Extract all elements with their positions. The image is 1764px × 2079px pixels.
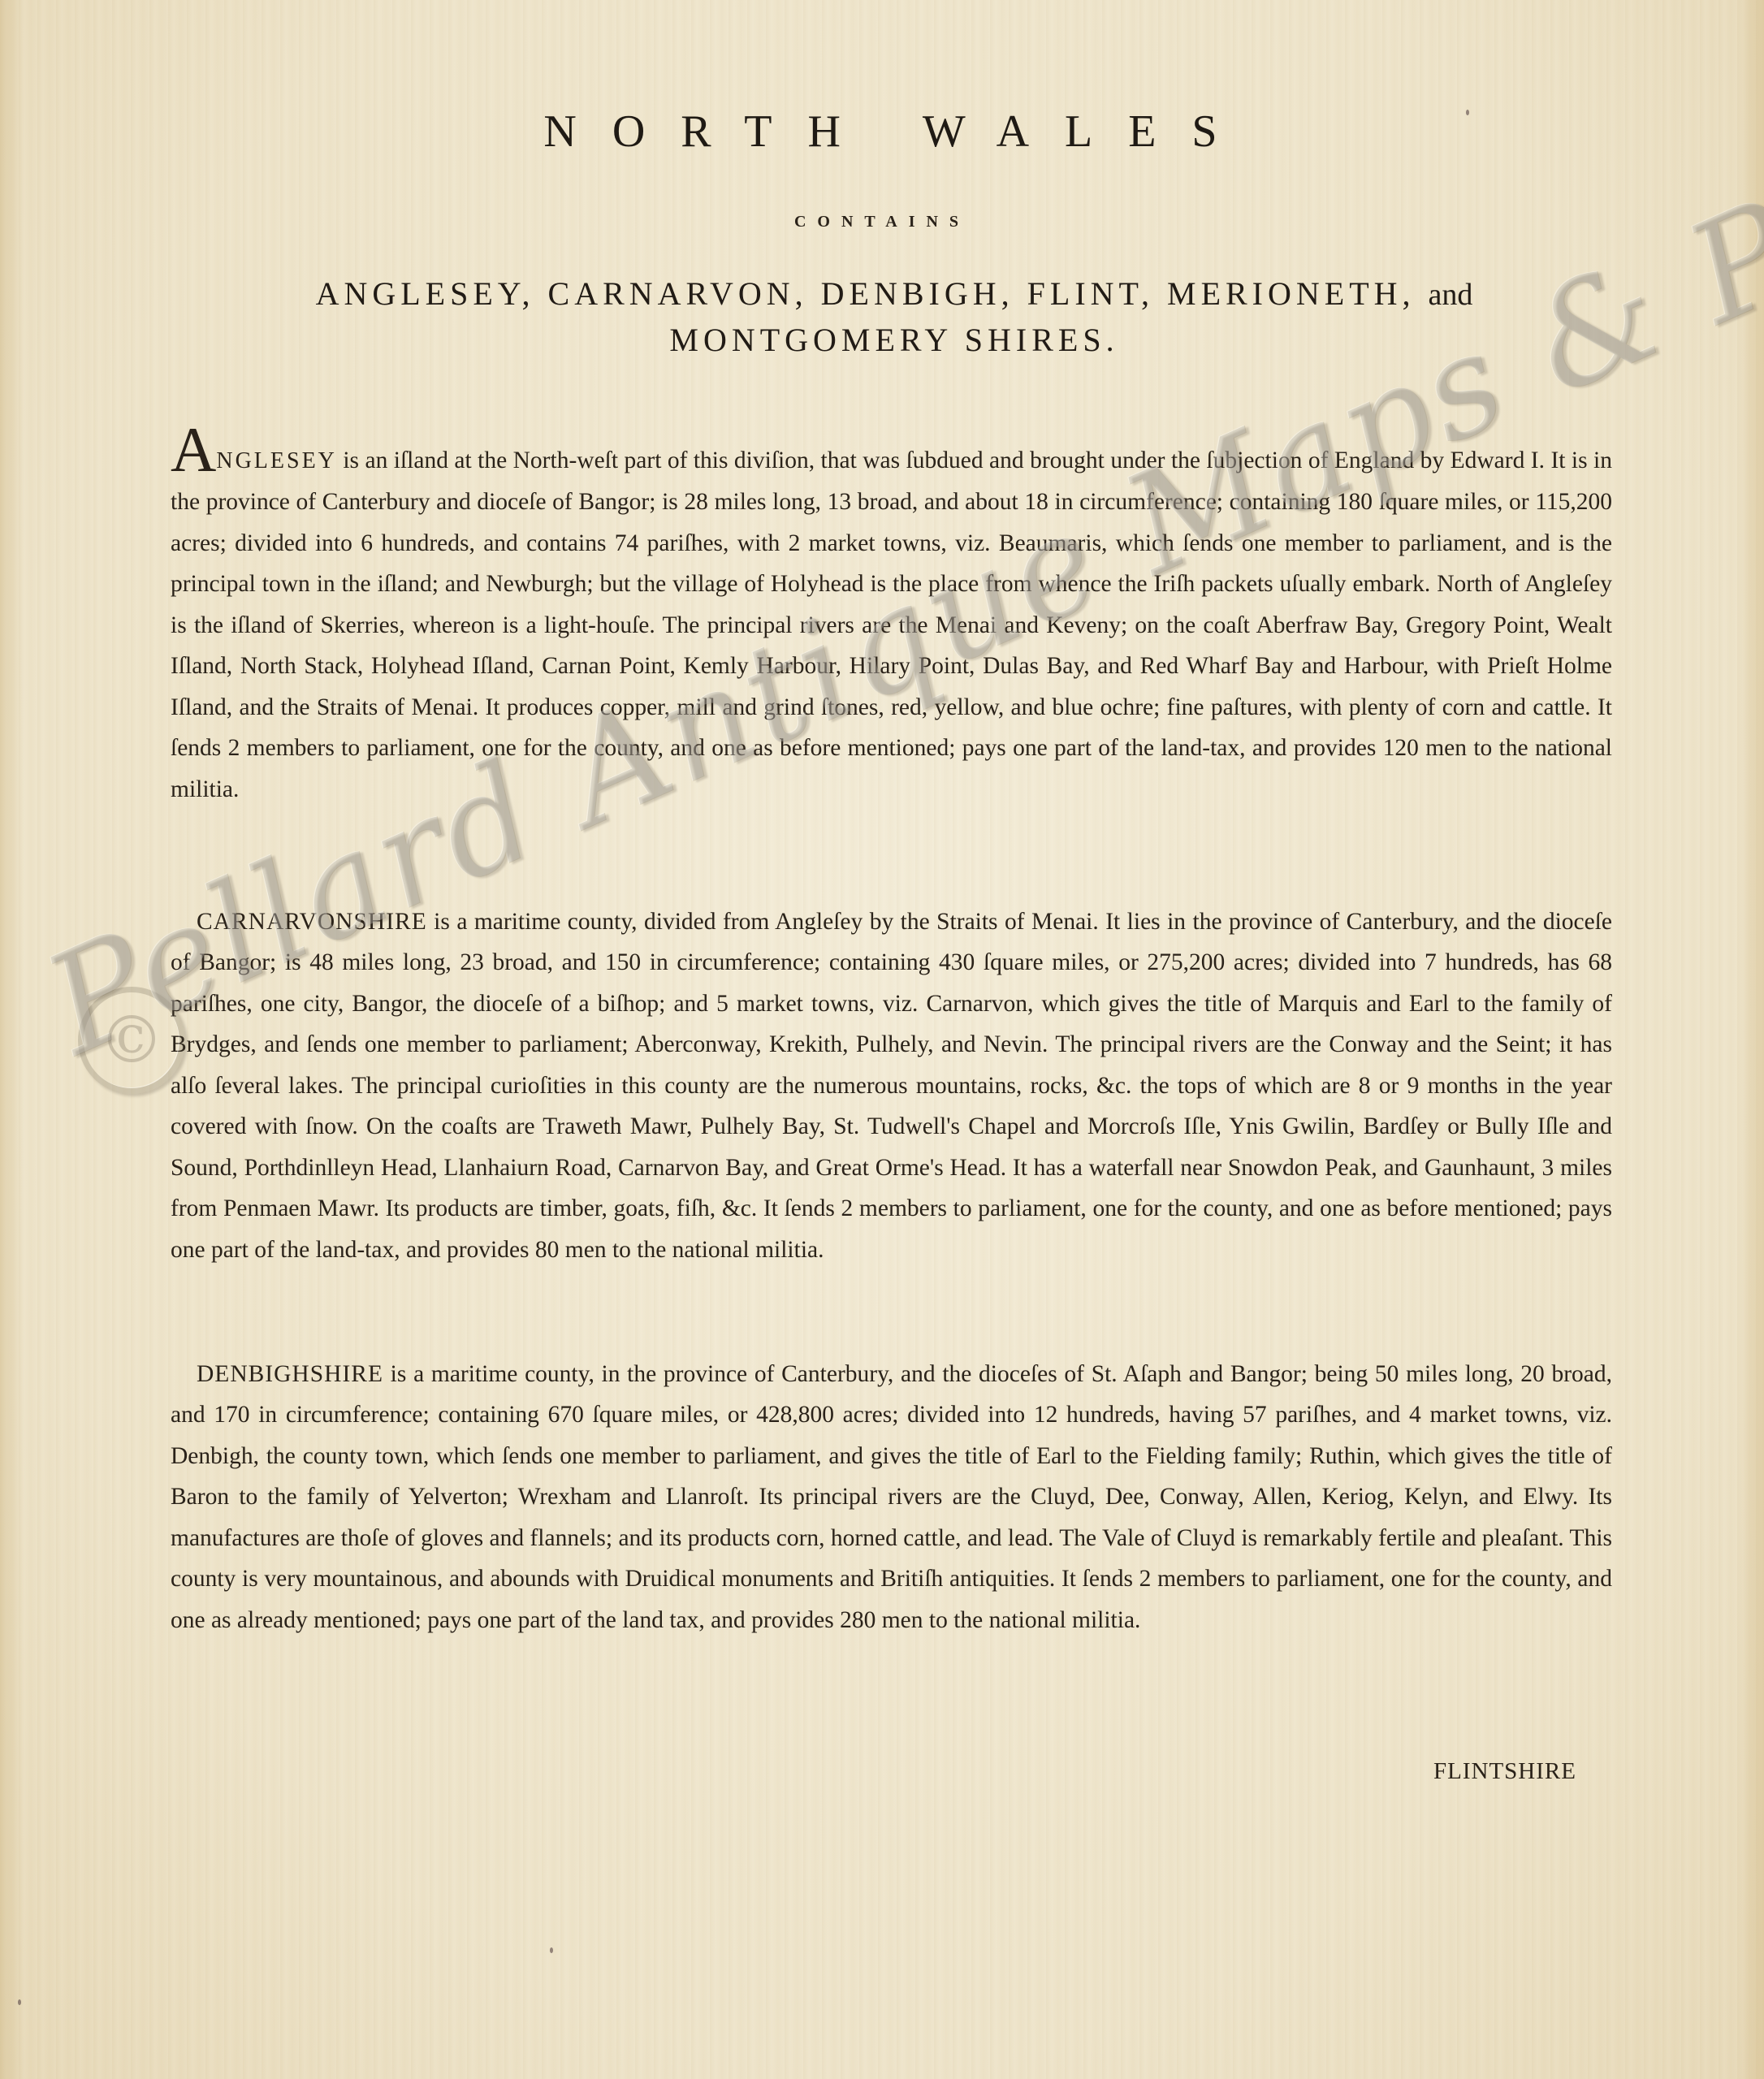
- paragraph-text: is a maritime county, divided from Angle…: [171, 909, 1612, 1263]
- paper-speck: [550, 1947, 553, 1953]
- paragraph-lead: NGLESEY: [216, 448, 337, 473]
- shires-line-1: ANGLESEY, CARNARVON, DENBIGH, FLINT, MER…: [316, 275, 1416, 312]
- paragraph-denbighshire: DENBIGHSHIRE is a maritime county, in th…: [171, 1354, 1612, 1641]
- paragraph-carnarvonshire: CARNARVONSHIRE is a maritime county, div…: [171, 901, 1612, 1271]
- catchword: FLINTSHIRE: [1433, 1758, 1576, 1785]
- page-title: NORTH WALES: [0, 106, 1764, 158]
- paragraph-lead: DENBIGHSHIRE: [197, 1361, 383, 1387]
- paper-speck: [1466, 110, 1469, 115]
- page-subtitle: CONTAINS: [0, 213, 1764, 231]
- paper-edge-left: [0, 0, 23, 2079]
- paper-speck: [18, 1999, 21, 2005]
- document-page: NORTH WALES CONTAINS ANGLESEY, CARNARVON…: [0, 0, 1764, 2079]
- drop-cap: A: [171, 414, 216, 485]
- shires-line-2: MONTGOMERY SHIRES.: [669, 322, 1118, 358]
- paragraph-text: is a maritime county, in the province of…: [171, 1361, 1612, 1633]
